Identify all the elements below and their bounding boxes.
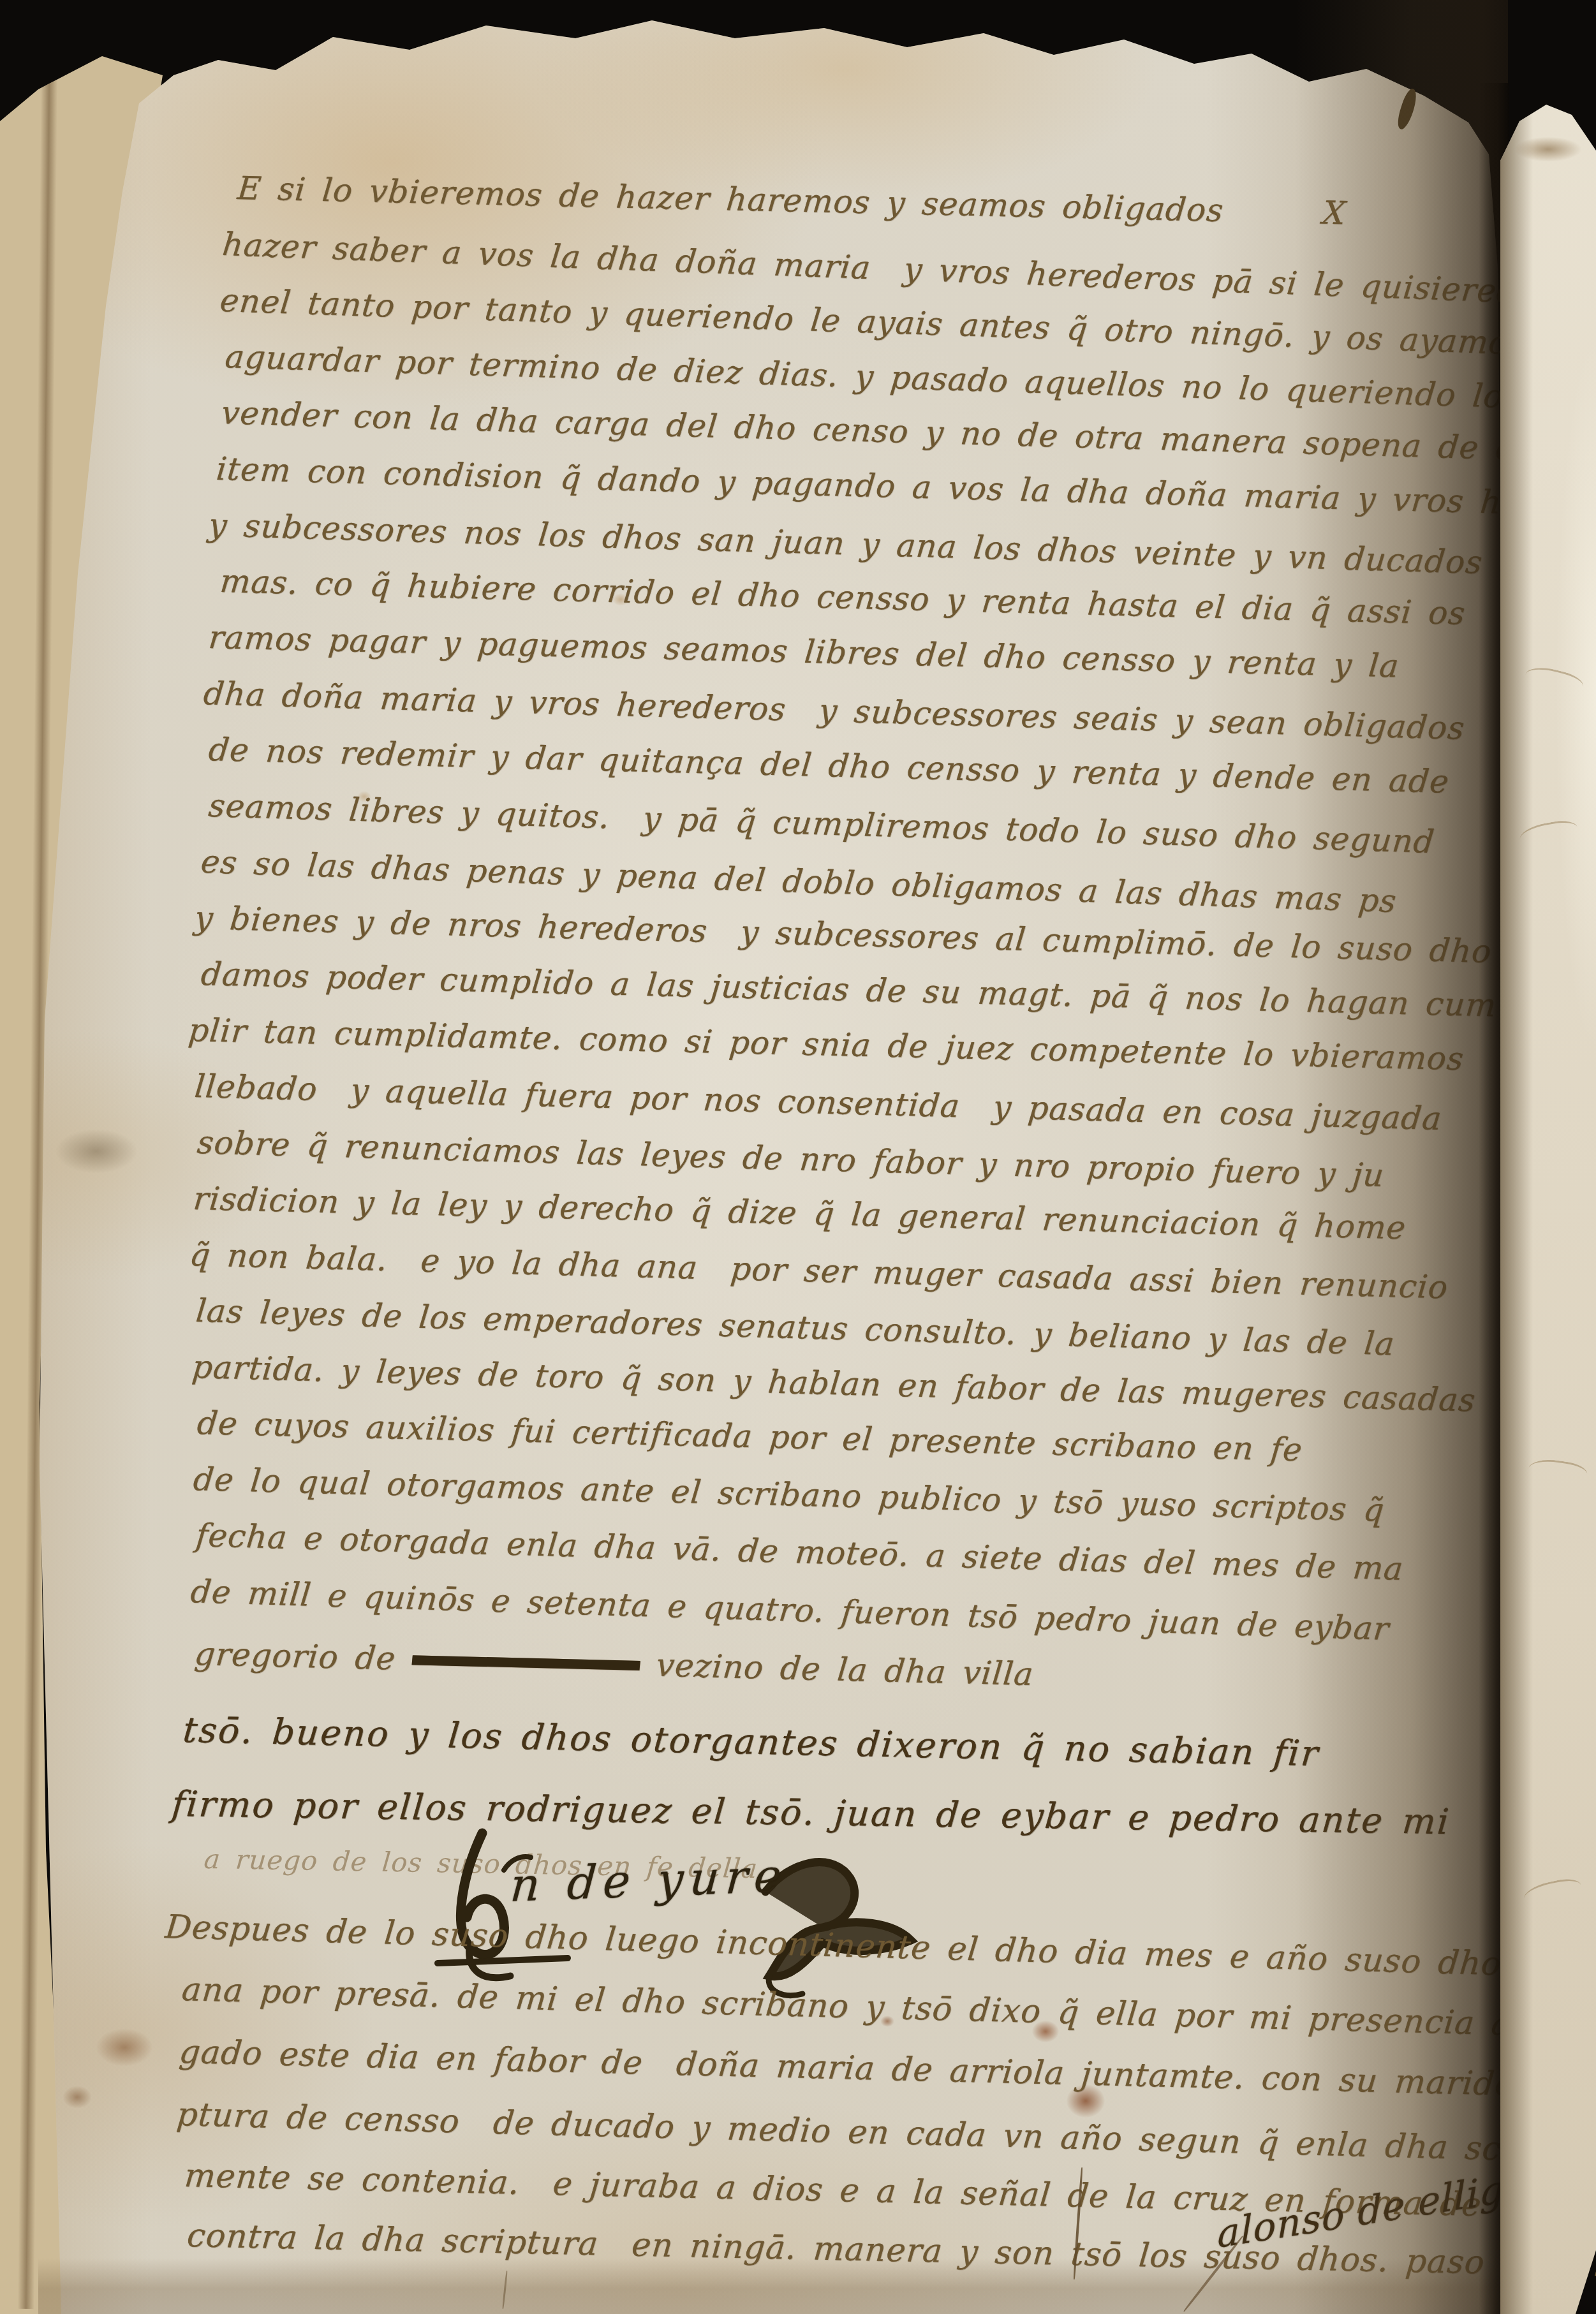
rubric-flourish <box>408 1815 931 2007</box>
next-leaf-edge <box>1500 0 1596 2314</box>
bleedthrough-scribble <box>1521 1876 1584 1911</box>
crossout-pre: gregorio de <box>193 1635 414 1677</box>
bottom-fold-crease <box>38 2258 1505 2314</box>
notarial-rubric: n de yure <box>408 1815 931 2007</box>
bleedthrough-scribble <box>1527 1457 1588 1488</box>
rubric-text: n de yure <box>509 1852 790 1908</box>
bleedthrough-scribble <box>1523 663 1585 700</box>
manuscript-scan: E si lo vbieremos de hazer haremos y sea… <box>0 0 1596 2314</box>
bleedthrough-scribble <box>1518 818 1579 851</box>
torn-fibers <box>1500 96 1596 172</box>
crossed-out-word: ——————— <box>411 1640 642 1683</box>
